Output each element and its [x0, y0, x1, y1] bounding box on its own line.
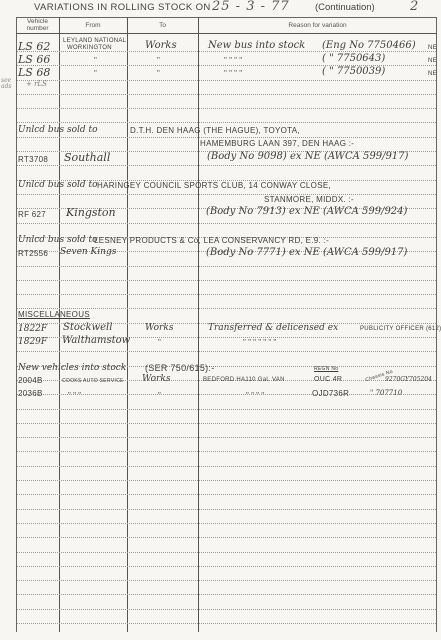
- ruled-line: [17, 451, 436, 452]
- ruled-line: [17, 80, 436, 81]
- ruled-line: [17, 466, 436, 467]
- ditto-mark: ": [158, 391, 161, 400]
- header-vehicle-number: Vehicle number: [16, 17, 59, 33]
- ruled-line: [17, 480, 436, 481]
- registration: OUC 4R: [314, 376, 342, 383]
- ruled-line: [17, 523, 436, 524]
- ruled-line: [17, 165, 436, 166]
- vehicle-number: LS 68: [18, 66, 50, 79]
- from-garage: Southall: [64, 151, 110, 164]
- to-value: Works: [145, 40, 177, 51]
- page-number: 2: [410, 0, 418, 14]
- sold-intro: Unlcd bus sold to: [18, 180, 98, 190]
- ruled-line: [17, 308, 436, 309]
- header-to: To: [127, 17, 198, 33]
- vehicle-number: RT3708: [18, 155, 48, 164]
- ruled-line: [17, 294, 436, 295]
- ruled-line: [17, 594, 436, 595]
- buyer-line2: HAMEMBURG LAAN 397, DEN HAAG :-: [200, 139, 354, 148]
- ruled-line: [17, 266, 436, 267]
- vehicle-description: BEDFORD HA110 Gal. VAN: [203, 377, 285, 383]
- header-divider: [16, 33, 437, 34]
- vehicle-number: 2004B: [18, 376, 43, 385]
- ruled-line: [17, 137, 436, 138]
- from-garage: Walthamstow: [62, 335, 130, 346]
- form-date: 25 - 3 - 77: [212, 0, 290, 14]
- ruled-line: [17, 552, 436, 553]
- ruled-line: [17, 51, 436, 52]
- suffix: NE: [428, 45, 437, 51]
- body-number: (Body No 7913) ex NE (AWCA 599/924): [206, 206, 407, 217]
- ruled-line: [17, 223, 436, 224]
- reason: Transferred & delicensed ex: [208, 323, 338, 333]
- ditto-mark: ": [94, 69, 97, 78]
- regn-label: REGN No: [314, 366, 338, 372]
- new-vehicles-intro: New vehicles into stock: [18, 363, 126, 373]
- body-number: (Body No 9098) ex NE (AWCA 599/917): [207, 151, 408, 162]
- ditto-mark: " " " ": [224, 56, 242, 65]
- column-divider-1: [59, 17, 60, 632]
- ruled-line: [17, 351, 436, 352]
- ruled-line: [17, 108, 436, 109]
- from-garage: Kingston: [66, 206, 116, 219]
- extra-note: + rLS: [26, 80, 47, 88]
- ditto-mark: ": [94, 56, 97, 65]
- engine-number: (Eng No 7750466): [322, 40, 416, 51]
- reason-caps: PUBLICITY OFFICER (612): [360, 326, 441, 332]
- ser-reference: (SER 750/615):-: [145, 363, 215, 373]
- registration: OJD736R: [312, 389, 349, 398]
- continuation-label: (Continuation): [315, 2, 375, 13]
- ruled-line: [17, 623, 436, 624]
- ditto-mark: " " " ": [224, 69, 242, 78]
- from-supplier: COOKS AUTO SERVICE: [62, 378, 124, 384]
- ditto-mark: ": [157, 69, 160, 78]
- ditto-mark: " " " " " " ": [243, 338, 276, 347]
- reason: New bus into stock: [208, 40, 305, 51]
- buyer-line1: HARINGEY COUNCIL SPORTS CLUB, 14 CONWAY …: [97, 181, 331, 190]
- body-number: (Body No 7771) ex NE (AWCA 599/917): [206, 247, 407, 258]
- ditto-mark: " " " ": [246, 391, 264, 400]
- ruled-line: [17, 580, 436, 581]
- ruled-line: [17, 409, 436, 410]
- engine-number: ( " 7750643): [322, 53, 385, 64]
- sold-intro: Unlcd bus sold to: [18, 235, 98, 245]
- ditto-mark: ": [158, 338, 161, 347]
- suffix: NE: [428, 58, 437, 64]
- ruled-line: [17, 280, 436, 281]
- ruled-line: [17, 609, 436, 610]
- ruled-line: [17, 194, 436, 195]
- ditto-mark: " " ": [68, 391, 81, 400]
- chassis-number: " 707710: [370, 389, 402, 397]
- vehicle-number: RF 627: [18, 210, 46, 219]
- title-row: VARIATIONS IN ROLLING STOCK ON 25 - 3 - …: [0, 0, 441, 17]
- from-garage: Seven Kings: [60, 247, 116, 257]
- vehicle-number: 1829F: [18, 337, 47, 347]
- margin-note: see ads: [1, 78, 12, 90]
- from-garage: Stockwell: [63, 322, 112, 333]
- ruled-line: [17, 566, 436, 567]
- buyer-line1: D.T.H. DEN HAAG (THE HAGUE), TOYOTA,: [130, 126, 300, 135]
- vehicle-number: RT2556: [18, 249, 48, 258]
- ruled-line: [17, 94, 436, 95]
- vehicle-number: 2036B: [18, 389, 43, 398]
- vehicle-number: 1822F: [18, 324, 47, 334]
- misc-heading: MISCELLANEOUS: [18, 310, 90, 319]
- ruled-line: [17, 494, 436, 495]
- buyer-line1: LESNEY PRODUCTS & Co, LEA CONSERVANCY RD…: [94, 236, 329, 245]
- buyer-line2: STANMORE, MIDDX. :-: [264, 195, 354, 204]
- from-line2: WORKINGTON: [67, 45, 112, 51]
- ruled-line: [17, 423, 436, 424]
- from-line1: LEYLAND NATIONAL: [63, 38, 126, 44]
- header-from: From: [59, 17, 127, 33]
- suffix: NE: [428, 71, 437, 77]
- to-value: Works: [145, 323, 173, 333]
- ruled-line: [17, 122, 436, 123]
- ruled-line: [17, 437, 436, 438]
- ruled-line: [17, 509, 436, 510]
- form-title: VARIATIONS IN ROLLING STOCK ON: [34, 2, 211, 13]
- column-divider-3: [198, 17, 199, 632]
- ruled-line: [17, 537, 436, 538]
- engine-number: ( " 7750039): [322, 66, 385, 77]
- vehicle-number: LS 66: [18, 53, 50, 66]
- header-reason: Reason for variation: [198, 17, 437, 33]
- chassis-number: 9270GY705204: [385, 376, 432, 383]
- sold-intro: Unlcd bus sold to: [18, 125, 98, 135]
- column-divider-2: [127, 17, 128, 632]
- vehicle-number: LS 62: [18, 40, 50, 53]
- to-value: Works: [142, 374, 170, 384]
- ditto-mark: ": [157, 56, 160, 65]
